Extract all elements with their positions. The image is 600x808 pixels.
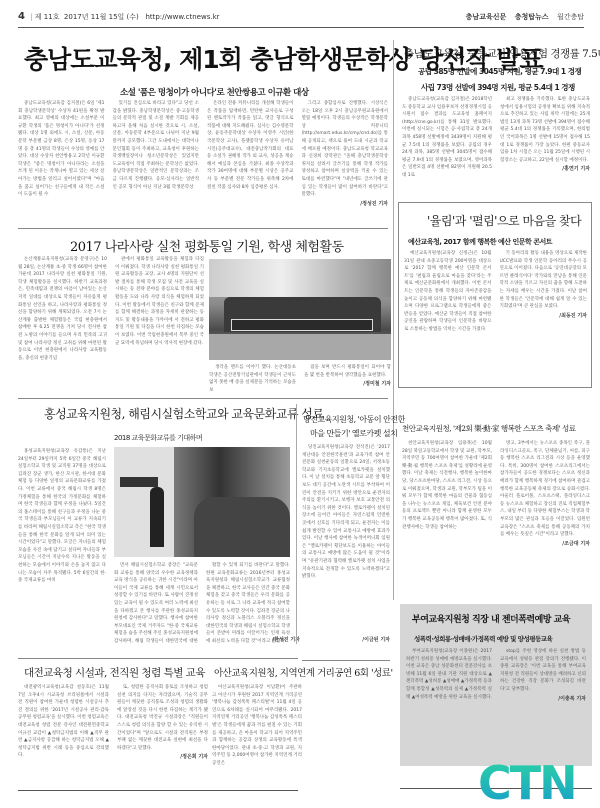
divider	[302, 660, 390, 661]
divider	[18, 658, 298, 659]
article9-headline: 대전교육청 시설과, 전직원 청렴 특별 교육	[24, 665, 205, 680]
article3-body-left: 논산계룡교육지원청(교육장 문영구)은 10월 28일, 논산계룡 초·중 학생…	[18, 256, 204, 366]
article-column: 논산계룡교육지원청(교육장 문영구)은 10월 28일, 논산계룡 초·중 학생…	[18, 256, 107, 366]
publication-name: 충청탑뉴스	[515, 13, 549, 21]
article2-subhead-1: 공립 385명 선발에 3045명 지원, 평균 7.9대 1 경쟁	[418, 66, 581, 77]
page-number: 4	[18, 11, 25, 22]
article-column: 충남도교육청(교육감 김지철)은 6일 '제1회 충남학생문학상' 수상자 41…	[18, 100, 105, 220]
article1-body: 충남도교육청(교육감 김지철)은 6일 '제1회 충남학생문학상' 수상자 41…	[18, 100, 388, 220]
article2-subhead-2: 사립 73명 선발에 394명 지원, 평균 5.4대 1 경쟁	[421, 82, 575, 93]
article4-photo-caption: 2018 교육문화교류를 기대하며	[114, 433, 202, 443]
publication-name: 월간충탑	[557, 13, 584, 21]
article-column: 생각을 멘트를 이야기 했다. 논산대동초 학생은 공산전망기념관에서 학생들이…	[209, 364, 296, 394]
byline: /홍연기 기자	[500, 166, 590, 174]
issue-date: 2017년 11월 15일 (수)	[64, 13, 139, 21]
article3-body-right: 생각을 멘트를 이야기 했다. 논산대동초 학생은 공산전망기념관에서 학생들이…	[209, 364, 391, 394]
article-column: 기 동아리의 활동 내용을 영상으로 제작한 UCC발표와 학생 인문학 동아리…	[500, 250, 588, 384]
article5-body: 당진교육지원청(교육장 전석진)은 '2017 재난대응 안전한국훈련'과 교육…	[302, 444, 390, 640]
article-column: 온라인 전용 커뮤니티를 개설해 학생들이 온 작품을 탑재하면, 탄탄한 교사…	[207, 100, 294, 220]
article-column: 충남도교육청(교육감 김지철)은 2018학년도 중등학교 교사 임용후보자 선…	[402, 96, 492, 196]
article-column: 또, 청렴한 공직사회 풍토를 조성하고 청렴 실천 의지를 다지는 자리였으며…	[117, 684, 208, 794]
group-photo-students	[209, 259, 391, 360]
article4-body-left: 홍성교육지원청(교육장 유감통)은 지난 24일부터 29일까지 5박 6일간 …	[18, 448, 106, 644]
publication-name: 충남교육신문	[466, 13, 507, 21]
article8-subhead: 성폭력·성희롱·성매매·가정폭력 예방 및 양성평등교육	[414, 634, 552, 643]
article-column: 당진교육지원청(교육장 전석진)은 '2017 재난대응 안전한국훈련'과 교육…	[302, 444, 390, 640]
article-column: 대전광역시교육청(교육감 설동호)은 11월 7일 오후4시 시교육청 브리핑룸…	[18, 684, 109, 794]
article6-headline: '율림'과 '펼림'으로 마음을 찾다	[427, 212, 581, 229]
article-column: 관에서 평화통일 교육활동을 체험과 다짐이 이뤄졌다. 학생 나라사랑 실천 …	[115, 256, 204, 366]
article4-body-right: 면서 해림시실험소학교 총장은 "교육문화 교류를 통해 양국의 우수한 교육정…	[114, 562, 290, 644]
article-column: 겸을 보며 반드시 평화통일이 되어야 함을 몇 번을 반복하여 생각했음을 표…	[304, 364, 391, 394]
article9-body: 대전광역시교육청(교육감 설동호)은 11월 7일 오후4시 시교육청 브리핑룸…	[18, 684, 208, 794]
divider	[18, 790, 298, 791]
article5-headline-line2: 마을 만들기' 옐로카펫 설치	[310, 428, 397, 439]
article-column: 예산교육지원청(교육장 신정근)은 10월 31일 관내 초중고등학생 200여…	[404, 250, 492, 384]
article1-subhead: 소설 '품은 멍청이가 아니다'로 천안쌍용고 이규환 대상	[120, 86, 309, 98]
article-column: 아산교육지원청(교육장 이남환)이 주관하고 아산시가 후원한 2017 지역연…	[212, 684, 302, 794]
site-url[interactable]: http://www.ctnews.kr	[145, 13, 219, 21]
issue-info: 4 | 제 11호 2017년 11월 15일 (수) http://www.c…	[18, 11, 220, 22]
article-column: 활할 수 있게 되기를 바란다"고 말했다. 한편 교육문화교류는 2016년부…	[206, 562, 290, 644]
divider	[393, 40, 394, 600]
article-column: stop를 주현 영상에 따른 실천 방법 등 교육에서 성평등 관점 강의가 …	[500, 648, 586, 758]
article-column: 천안교육지원청(교육장 임용목)은 10월 28일 북일고등학교에서 학생 및 …	[402, 440, 492, 590]
issue-number: 제 11호	[35, 13, 60, 21]
article8-headline: 부여교육지원청 직장 내 젠더폭력예방 교육	[412, 612, 570, 625]
article-column: 면서 해림시실험소학교 총장은 "교육문화 교류를 통해 양국의 우수한 교육정…	[114, 562, 198, 644]
article8-body: 부여교육지원청(교육장 이종원)은 2017 하반기 성희롱 성매매 예방교육을…	[406, 648, 586, 758]
article-column: 있기를 진심으로 바라고 있다"고 당선 소감을 밝혔다. 충남학생문학상은 중…	[113, 100, 200, 220]
article-column: 방고, 3부에서는 뉴스포츠 종목인 족구, 플라잉디스크골프, 족구, 단체줄…	[500, 440, 590, 590]
publication-names: 충남교육신문 충청탑뉴스 월간충탑	[460, 12, 584, 22]
byline: /정미철 기자	[304, 381, 391, 389]
byline: /이충복 기자	[500, 696, 586, 704]
divider	[18, 228, 388, 229]
byline: /최동진 기자	[500, 313, 588, 321]
article5-headline-line1: 당진교육지원청, '아동이 안전한	[303, 414, 405, 425]
byline: /이금된 기자	[340, 636, 390, 643]
page-header: 4 | 제 11호 2017년 11월 15일 (수) http://www.c…	[18, 6, 584, 28]
byline: /조금대 기자	[500, 541, 590, 549]
article2-headline: 충남도교육청, 중등교사 임용시험 경쟁률 7.5대 1	[404, 46, 600, 61]
article7-headline: 천안교육지원청, '제2회 樂·動·家 행복한 스포츠 축제' 성료	[402, 423, 576, 434]
byline: /정성진 기자	[302, 201, 389, 209]
divider	[296, 404, 297, 644]
article3-headline: 2017 나라사랑 실천 평화통일 기원, 학생 체험활동	[70, 236, 344, 255]
divider	[18, 398, 388, 399]
article-column: 부여교육지원청(교육장 이종원)은 2017 하반기 성희롱 성매매 예방교육을…	[406, 648, 492, 758]
article6-body: 예산교육지원청(교육장 신정근)은 10월 31일 관내 초중고등학생 200여…	[404, 250, 587, 384]
article-column: 그리고 종합심사로 진행했다. 시상식은 오는 18일 오후 2시 충남공무원교…	[302, 100, 389, 220]
article4-headline: 홍성교육지원청, 해림시실험소학교와 교육문화교류 성료	[44, 405, 323, 422]
article-column: 홍성교육지원청(교육장 유감통)은 지난 24일부터 29일까지 5박 6일간 …	[18, 448, 106, 644]
article7-body: 천안교육지원청(교육장 임용목)은 10월 28일 북일고등학교에서 학생 및 …	[402, 440, 590, 590]
byline: /정은희 기자	[117, 754, 208, 762]
article6-subhead: 예산교육청, 2017 함께 행복한 예산 인문학 콘서트	[408, 237, 552, 247]
byline: /한성진 기자	[250, 636, 300, 643]
article-column: 최고 경쟁률을 기록했다. 또한 충남도교육청에서 임용시험의 공정성 확보를 …	[500, 96, 590, 196]
article10-headline: 아산교육지원청, 지역연계 거리공연 6회 '성료'	[214, 665, 393, 679]
article10-body: 아산교육지원청(교육장 이남환)이 주관하고 아산시가 후원한 2017 지역연…	[212, 684, 302, 794]
exhibition-photo	[114, 447, 290, 557]
ctn-logo: CTN	[478, 760, 576, 806]
article2-body: 충남도교육청(교육감 김지철)은 2018학년도 중등학교 교사 임용후보자 선…	[402, 96, 590, 196]
